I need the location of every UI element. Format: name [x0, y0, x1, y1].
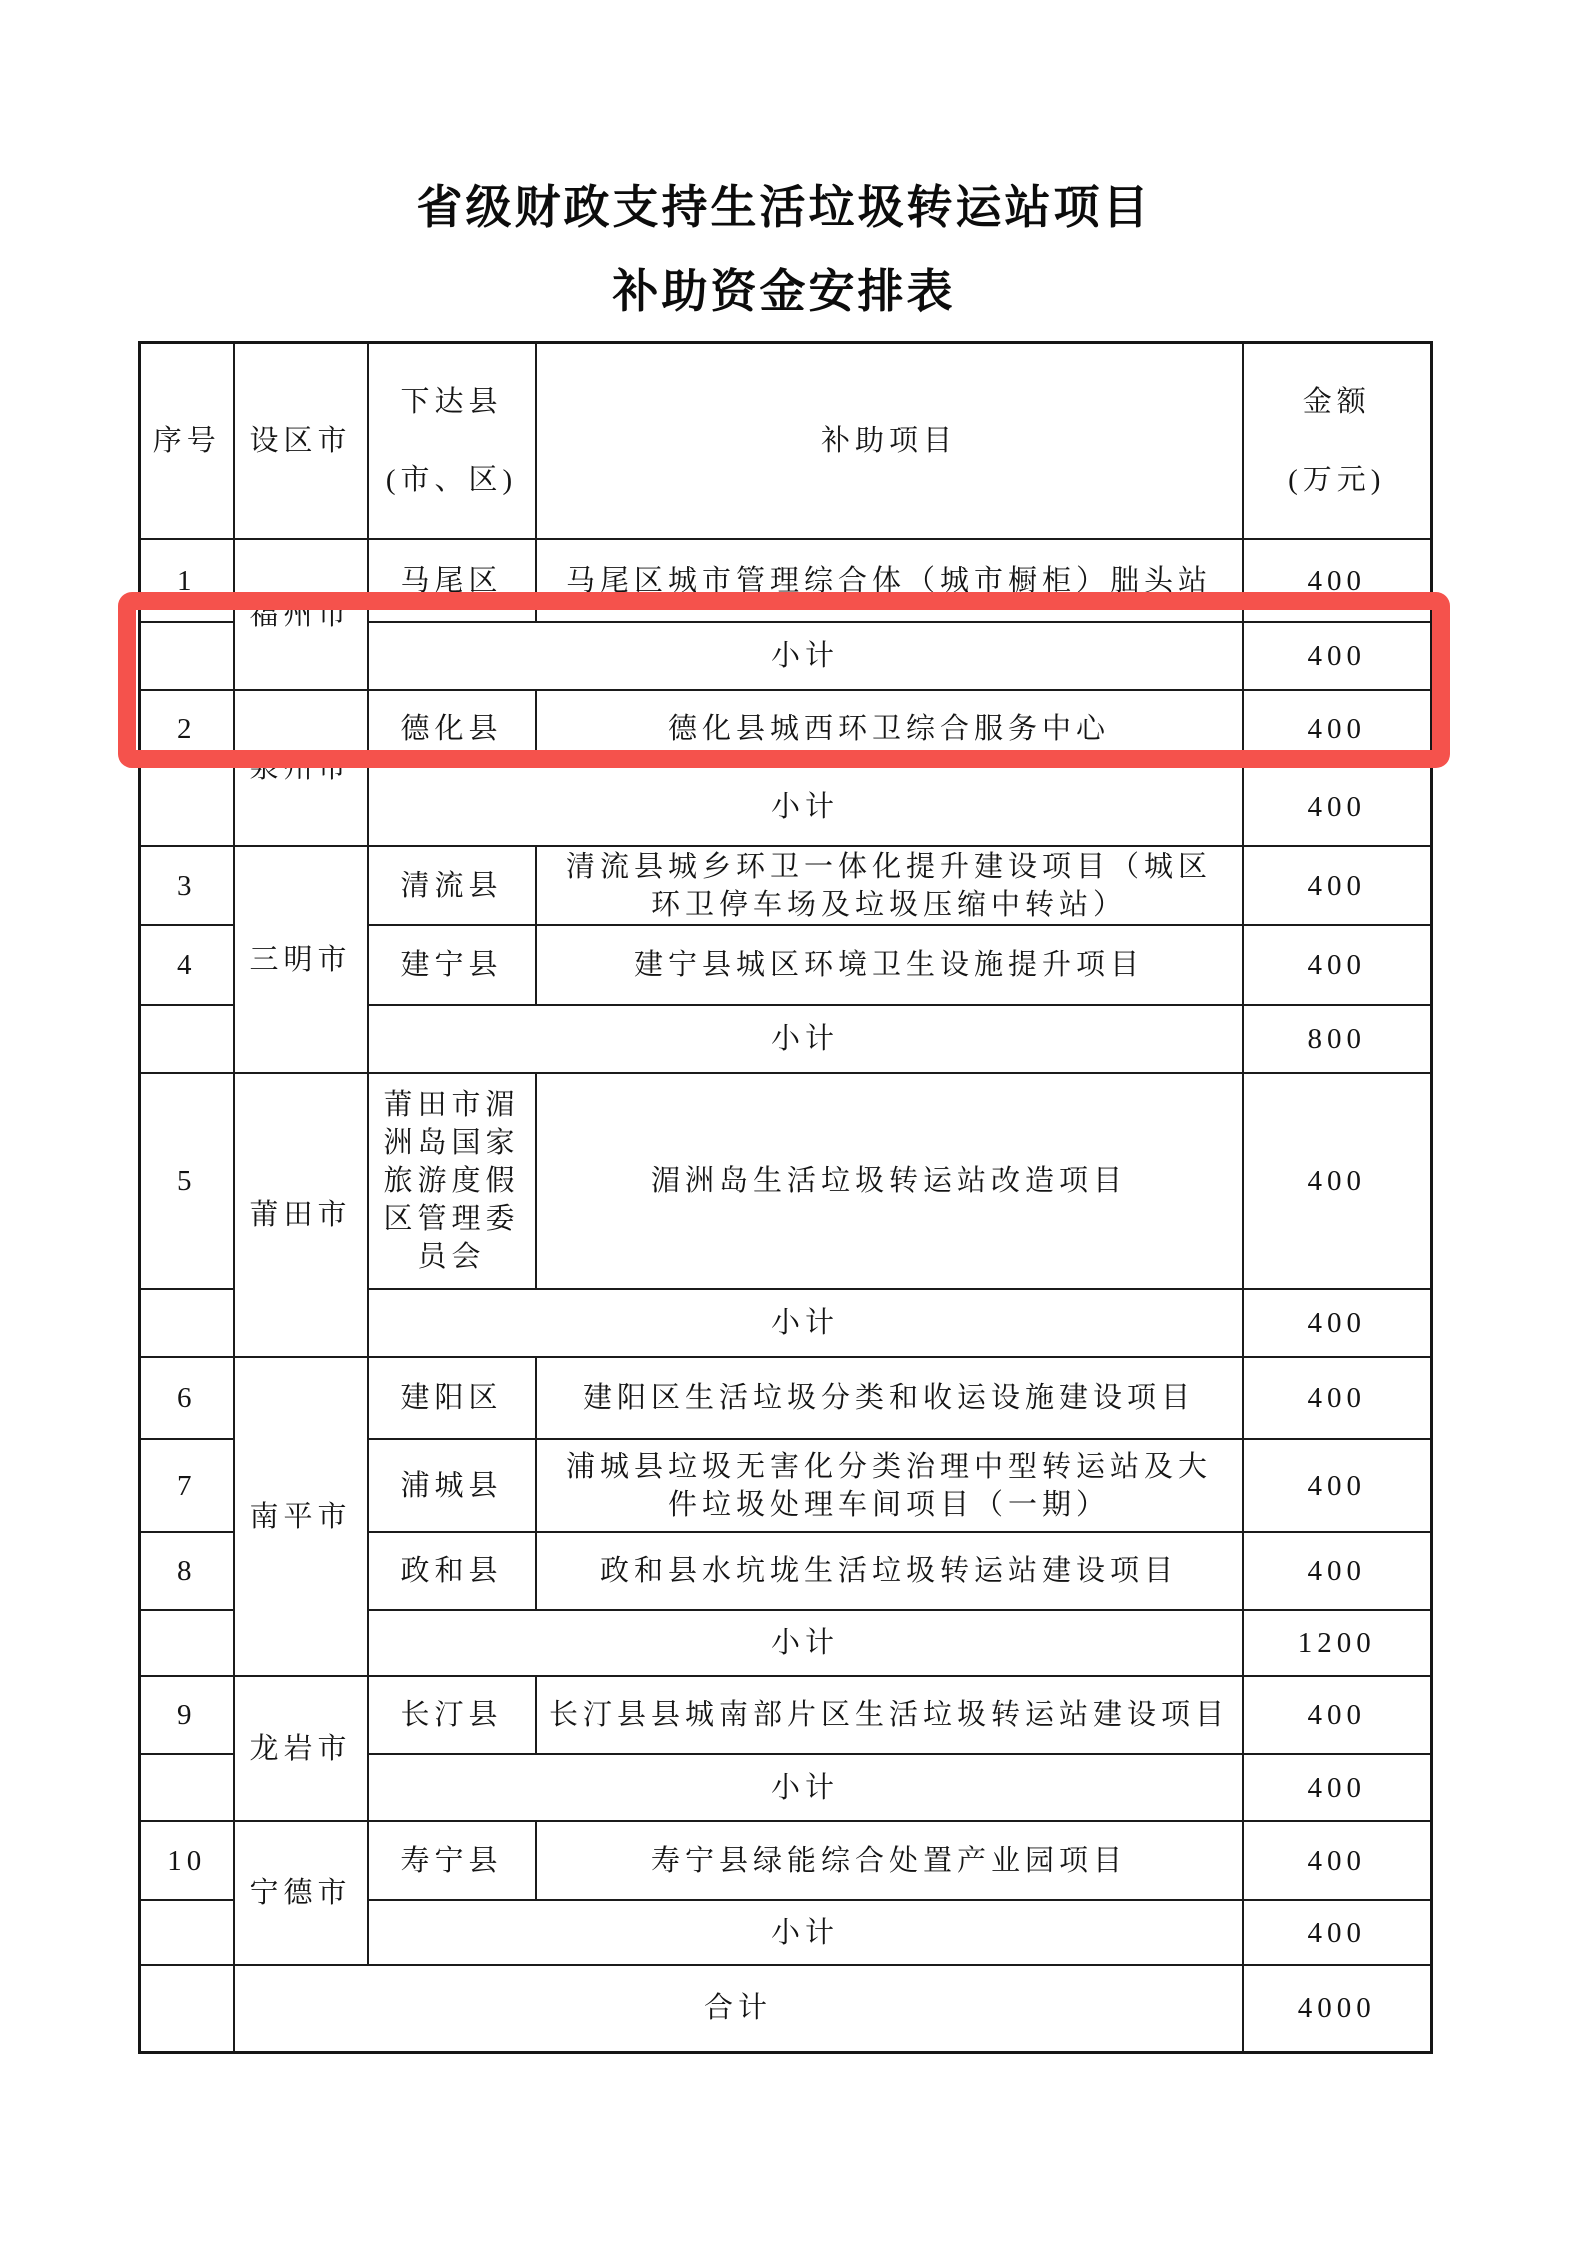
- subsidy-table: 序号 设区市 下达县 (市、区) 补助项目 金额 (万元) 1福州市马尾区马尾区…: [138, 341, 1433, 2054]
- seq-cell: 5: [140, 1073, 234, 1289]
- header-city: 设区市: [234, 343, 368, 540]
- project-cell: 建宁县城区环境卫生设施提升项目: [536, 925, 1243, 1005]
- header-project: 补助项目: [536, 343, 1243, 540]
- header-seq: 序号: [140, 343, 234, 540]
- county-cell: 建阳区: [368, 1357, 536, 1439]
- project-cell: 长汀县县城南部片区生活垃圾转运站建设项目: [536, 1676, 1243, 1754]
- county-cell: 马尾区: [368, 539, 536, 622]
- seq-cell-empty: [140, 1005, 234, 1073]
- header-county: 下达县 (市、区): [368, 343, 536, 540]
- project-cell: 浦城县垃圾无害化分类治理中型转运站及大 件垃圾处理车间项目（一期）: [536, 1439, 1243, 1532]
- amount-cell: 400: [1243, 846, 1432, 925]
- table-row: 6南平市建阳区建阳区生活垃圾分类和收运设施建设项目400: [140, 1357, 1432, 1439]
- project-cell: 湄洲岛生活垃圾转运站改造项目: [536, 1073, 1243, 1289]
- subtotal-amount-cell: 400: [1243, 1289, 1432, 1357]
- seq-cell-empty: [140, 1610, 234, 1676]
- subtotal-amount-cell: 400: [1243, 767, 1432, 846]
- subtotal-label-cell: 小计: [368, 1289, 1243, 1357]
- subtotal-label-cell: 小计: [368, 622, 1243, 690]
- seq-cell: 7: [140, 1439, 234, 1532]
- subtotal-label-cell: 小计: [368, 1005, 1243, 1073]
- header-row: 序号 设区市 下达县 (市、区) 补助项目 金额 (万元): [140, 343, 1432, 540]
- county-cell: 长汀县: [368, 1676, 536, 1754]
- city-cell: 泉州市: [234, 690, 368, 846]
- document-page: 省级财政支持生活垃圾转运站项目 补助资金安排表 序号 设区市 下达县 (市、区)…: [0, 0, 1588, 2246]
- seq-cell: 2: [140, 690, 234, 767]
- header-amount: 金额 (万元): [1243, 343, 1432, 540]
- city-cell: 南平市: [234, 1357, 368, 1676]
- seq-cell-empty: [140, 767, 234, 846]
- subtotal-amount-cell: 400: [1243, 1900, 1432, 1965]
- county-cell: 清流县: [368, 846, 536, 925]
- total-amount-cell: 4000: [1243, 1965, 1432, 2052]
- total-label-cell: 合计: [234, 1965, 1243, 2052]
- county-cell: 建宁县: [368, 925, 536, 1005]
- seq-cell-empty: [140, 1289, 234, 1357]
- seq-cell-empty: [140, 1965, 234, 2052]
- amount-cell: 400: [1243, 1357, 1432, 1439]
- amount-cell: 400: [1243, 1821, 1432, 1900]
- total-row: 合计4000: [140, 1965, 1432, 2052]
- seq-cell: 10: [140, 1821, 234, 1900]
- table-row: 3三明市清流县清流县城乡环卫一体化提升建设项目（城区 环卫停车场及垃圾压缩中转站…: [140, 846, 1432, 925]
- header-amount-line1: 金额: [1250, 382, 1425, 422]
- project-cell: 建阳区生活垃圾分类和收运设施建设项目: [536, 1357, 1243, 1439]
- county-cell: 莆田市湄 洲岛国家 旅游度假 区管理委 员会: [368, 1073, 536, 1289]
- county-cell: 寿宁县: [368, 1821, 536, 1900]
- city-cell: 龙岩市: [234, 1676, 368, 1821]
- document-title: 省级财政支持生活垃圾转运站项目 补助资金安排表: [138, 166, 1430, 334]
- seq-cell: 9: [140, 1676, 234, 1754]
- county-cell: 浦城县: [368, 1439, 536, 1532]
- table-row: 9龙岩市长汀县长汀县县城南部片区生活垃圾转运站建设项目400: [140, 1676, 1432, 1754]
- subtotal-label-cell: 小计: [368, 1610, 1243, 1676]
- amount-cell: 400: [1243, 690, 1432, 767]
- seq-cell-empty: [140, 622, 234, 690]
- table-row: 1福州市马尾区马尾区城市管理综合体（城市橱柜）朏头站400: [140, 539, 1432, 622]
- subtotal-label-cell: 小计: [368, 1754, 1243, 1821]
- project-cell: 马尾区城市管理综合体（城市橱柜）朏头站: [536, 539, 1243, 622]
- subtotal-amount-cell: 1200: [1243, 1610, 1432, 1676]
- header-amount-line2: (万元): [1250, 460, 1425, 500]
- amount-cell: 400: [1243, 1073, 1432, 1289]
- seq-cell-empty: [140, 1754, 234, 1821]
- table-row: 2泉州市德化县德化县城西环卫综合服务中心400: [140, 690, 1432, 767]
- amount-cell: 400: [1243, 539, 1432, 622]
- project-cell: 德化县城西环卫综合服务中心: [536, 690, 1243, 767]
- table-row: 10宁德市寿宁县寿宁县绿能综合处置产业园项目400: [140, 1821, 1432, 1900]
- document-title-line2: 补助资金安排表: [138, 250, 1430, 334]
- amount-cell: 400: [1243, 925, 1432, 1005]
- header-county-line1: 下达县: [375, 382, 529, 422]
- county-cell: 德化县: [368, 690, 536, 767]
- seq-cell-empty: [140, 1900, 234, 1965]
- subtotal-label-cell: 小计: [368, 767, 1243, 846]
- seq-cell: 4: [140, 925, 234, 1005]
- subtotal-amount-cell: 800: [1243, 1005, 1432, 1073]
- city-cell: 莆田市: [234, 1073, 368, 1357]
- amount-cell: 400: [1243, 1439, 1432, 1532]
- county-cell: 政和县: [368, 1532, 536, 1610]
- subtotal-amount-cell: 400: [1243, 622, 1432, 690]
- document-title-line1: 省级财政支持生活垃圾转运站项目: [138, 166, 1430, 250]
- seq-cell: 1: [140, 539, 234, 622]
- city-cell: 福州市: [234, 539, 368, 690]
- project-cell: 寿宁县绿能综合处置产业园项目: [536, 1821, 1243, 1900]
- seq-cell: 6: [140, 1357, 234, 1439]
- subtotal-amount-cell: 400: [1243, 1754, 1432, 1821]
- subsidy-table-wrap: 序号 设区市 下达县 (市、区) 补助项目 金额 (万元) 1福州市马尾区马尾区…: [138, 341, 1433, 2054]
- subtotal-label-cell: 小计: [368, 1900, 1243, 1965]
- seq-cell: 3: [140, 846, 234, 925]
- amount-cell: 400: [1243, 1676, 1432, 1754]
- project-cell: 清流县城乡环卫一体化提升建设项目（城区 环卫停车场及垃圾压缩中转站）: [536, 846, 1243, 925]
- city-cell: 三明市: [234, 846, 368, 1073]
- header-county-line2: (市、区): [375, 460, 529, 500]
- project-cell: 政和县水坑垅生活垃圾转运站建设项目: [536, 1532, 1243, 1610]
- amount-cell: 400: [1243, 1532, 1432, 1610]
- seq-cell: 8: [140, 1532, 234, 1610]
- table-row: 5莆田市莆田市湄 洲岛国家 旅游度假 区管理委 员会湄洲岛生活垃圾转运站改造项目…: [140, 1073, 1432, 1289]
- city-cell: 宁德市: [234, 1821, 368, 1965]
